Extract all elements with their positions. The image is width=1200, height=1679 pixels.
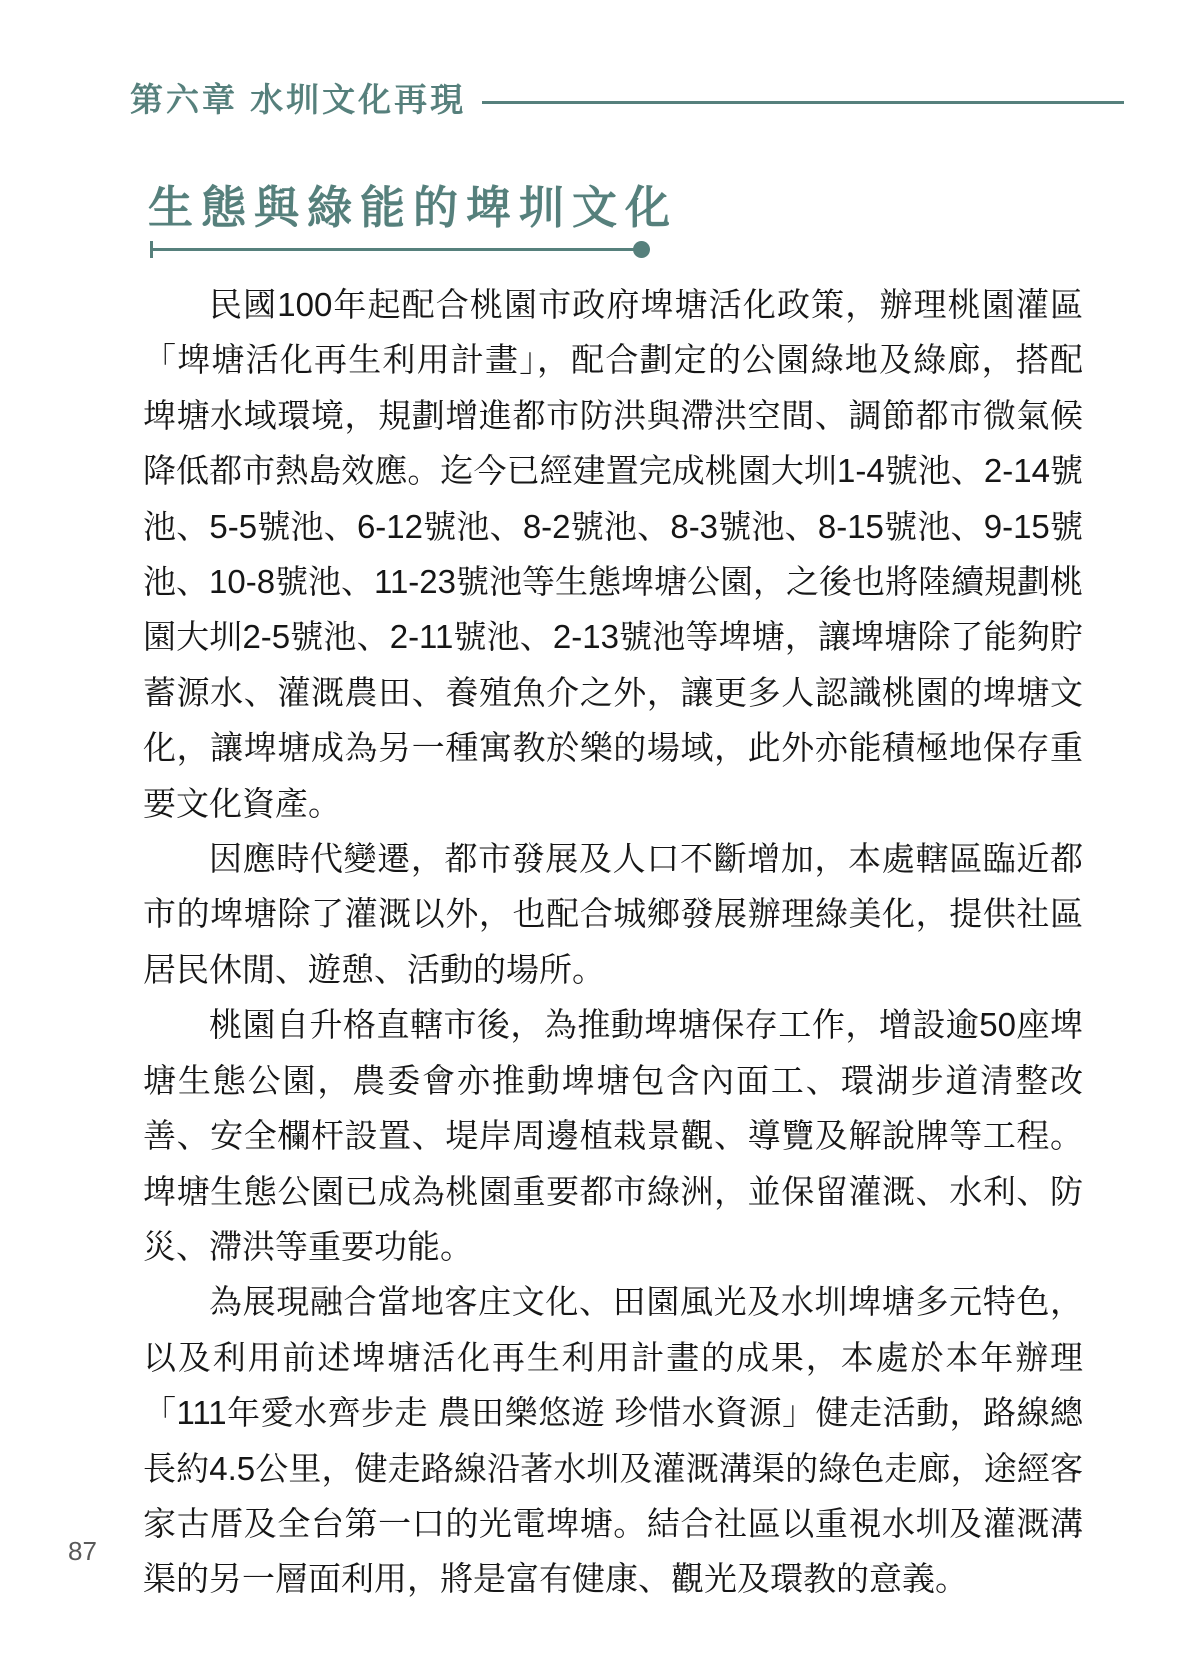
underline-left-tick: [150, 241, 153, 258]
page-number: 87: [68, 1538, 97, 1564]
document-page: 第六章 水圳文化再現 生態與綠能的埤圳文化 民國100年起配合桃園市政府埤塘活化…: [0, 0, 1200, 1679]
paragraph-1: 民國100年起配合桃園市政府埤塘活化政策，辦理桃園灌區「埤塘活化再生利用計畫」，…: [143, 277, 1083, 831]
chapter-rule-line: [482, 101, 1124, 104]
paragraph-4: 為展現融合當地客庄文化、田園風光及水圳埤塘多元特色，以及利用前述埤塘活化再生利用…: [143, 1274, 1083, 1606]
body-text: 民國100年起配合桃園市政府埤塘活化政策，辦理桃園灌區「埤塘活化再生利用計畫」，…: [143, 277, 1083, 1607]
chapter-title: 第六章 水圳文化再現: [130, 80, 466, 120]
paragraph-2: 因應時代變遷，都市發展及人口不斷增加，本處轄區臨近都市的埤塘除了灌溉以外，也配合…: [143, 831, 1083, 997]
paragraph-3: 桃園自升格直轄市後，為推動埤塘保存工作，增設逾50座埤塘生態公園，農委會亦推動埤…: [143, 997, 1083, 1274]
underline-end-dot: [633, 241, 650, 258]
section-title: 生態與綠能的埤圳文化: [148, 178, 678, 239]
title-underline: [150, 248, 638, 251]
chapter-header: 第六章 水圳文化再現: [130, 80, 1124, 120]
section-heading: 生態與綠能的埤圳文化: [148, 178, 678, 251]
